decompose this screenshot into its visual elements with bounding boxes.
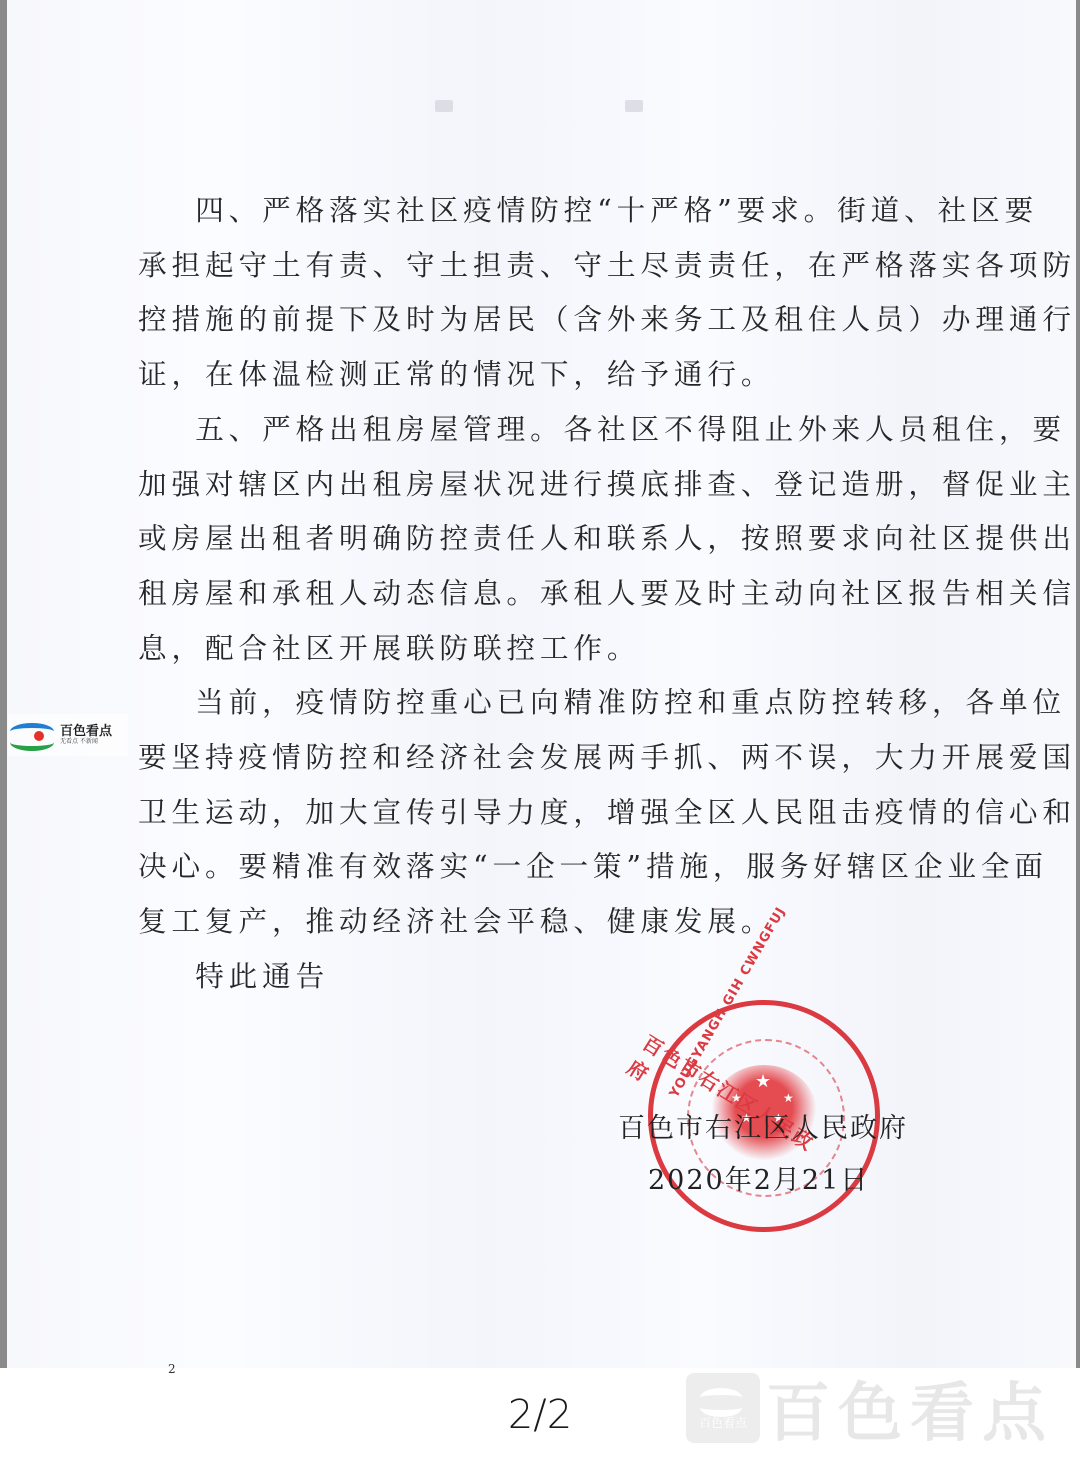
document-body: 四、严格落实社区疫情防控“十严格”要求。街道、社区要 承担起守土有责、守土担责、… — [138, 183, 956, 1004]
issue-date: 2020年2月21日 — [618, 1155, 908, 1207]
text-line: 息，配合社区开展联防联控工作。 — [81, 621, 956, 676]
logo-title: 百色看点 — [60, 725, 112, 739]
paragraph-section-4: 四、严格落实社区疫情防控“十严格”要求。街道、社区要 承担起守土有责、守土担责、… — [138, 183, 956, 402]
text-line: 卫生运动，加大宣传引导力度，增强全区人民阻击疫情的信心和 — [81, 785, 956, 840]
document-page-number: 2 — [168, 1362, 176, 1376]
signature-block: 百色市右江区人民政府 2020年2月21日 — [618, 1103, 908, 1207]
logo-swirl-icon — [8, 722, 56, 748]
star-icon: ★ — [755, 1071, 771, 1092]
text-line: 控措施的前提下及时为居民（含外来务工及租住人员）办理通行 — [81, 292, 956, 347]
text-line: 证，在体温检测正常的情况下，给予通行。 — [81, 347, 956, 402]
text-line: 加强对辖区内出租房屋状况进行摸底排查、登记造册，督促业主 — [81, 457, 956, 512]
text-line: 要坚持疫情防控和经济社会发展两手抓、两不误，大力开展爱国 — [81, 730, 956, 785]
issuer-name: 百色市右江区人民政府 — [618, 1113, 908, 1144]
text-line: 五、严格出租房屋管理。各社区不得阻止外来人员租住，要 — [138, 402, 956, 457]
closing-statement: 特此通告 — [138, 949, 956, 1004]
watermark-swirl-icon — [700, 1386, 746, 1414]
baise-kandian-logo: 百色看点 无看点 不新闻 — [8, 714, 128, 756]
text-line: 四、严格落实社区疫情防控“十严格”要求。街道、社区要 — [138, 183, 956, 238]
logo-subtitle: 无看点 不新闻 — [60, 739, 112, 746]
text-line: 复工复产，推动经济社会平稳、健康发展。 — [81, 894, 956, 949]
watermark-badge: 百色看点 — [686, 1373, 760, 1443]
scan-artifact — [435, 100, 453, 112]
text-line: 租房屋和承租人动态信息。承租人要及时主动向社区报告相关信 — [81, 566, 956, 621]
scan-artifact — [625, 100, 643, 112]
text-line: 承担起守土有责、守土担责、守土尽责责任，在严格落实各项防 — [81, 238, 956, 293]
text-line: 决心。要精准有效落实“一企一策”措施，服务好辖区企业全面 — [81, 839, 956, 894]
text-line: 或房屋出租者明确防控责任人和联系人，按照要求向社区提供出 — [81, 511, 956, 566]
paragraph-current-priority: 当前，疫情防控重心已向精准防控和重点防控转移，各单位 要坚持疫情防控和经济社会发… — [138, 675, 956, 949]
watermark: 百色看点 百色看点 — [686, 1368, 1054, 1448]
text-line: 当前，疫情防控重心已向精准防控和重点防控转移，各单位 — [138, 675, 956, 730]
watermark-text: 百色看点 — [766, 1362, 1054, 1454]
paragraph-section-5: 五、严格出租房屋管理。各社区不得阻止外来人员租住，要 加强对辖区内出租房屋状况进… — [138, 402, 956, 676]
